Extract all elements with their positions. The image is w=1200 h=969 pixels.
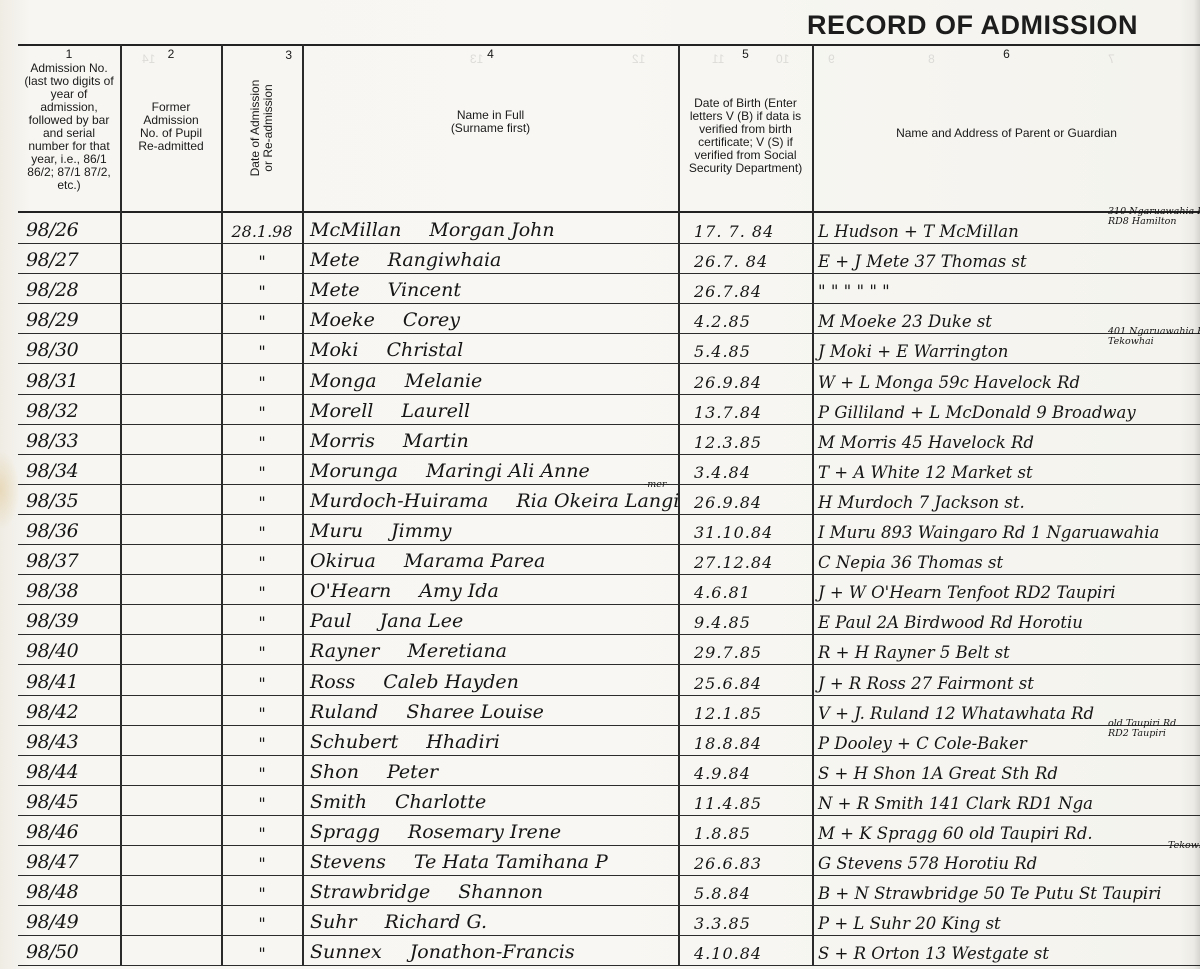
given-names: Te Hata Tamihana P	[414, 851, 608, 873]
full-name: RaynerMeretiana	[310, 634, 676, 664]
date-of-admission: "	[222, 634, 302, 664]
given-names: Vincent	[388, 279, 461, 301]
table-row: 98/2628.1.98McMillanMorgan John17. 7. 84…	[18, 213, 1200, 244]
full-name: MongaMelanie	[310, 364, 676, 394]
table-row: 98/39"PaulJana Lee9.4.85E Paul 2A Birdwo…	[18, 604, 1200, 635]
date-of-admission: "	[222, 333, 302, 363]
surname: Moki	[310, 339, 358, 361]
former-admission-number	[128, 695, 218, 725]
admission-number: 98/32	[26, 394, 120, 424]
date-of-birth: 5.8.84	[694, 875, 810, 905]
former-admission-number	[128, 574, 218, 604]
surname: Stevens	[310, 851, 386, 873]
parent-guardian: G Stevens 578 Horotiu Rd	[818, 845, 1198, 875]
given-names: Hhadiri	[426, 731, 500, 753]
date-of-birth: 4.10.84	[694, 935, 810, 965]
date-of-birth: 11.4.85	[694, 785, 810, 815]
admission-number: 98/42	[26, 695, 120, 725]
given-names: Maringi Ali Anne	[426, 460, 590, 482]
surname: Mete	[310, 279, 360, 301]
former-admission-number	[128, 845, 218, 875]
column-number: 2	[168, 48, 175, 61]
column-number: 5	[742, 48, 749, 61]
full-name: PaulJana Lee	[310, 604, 676, 634]
parent-guardian: R + H Rayner 5 Belt st	[818, 634, 1198, 664]
table-row: 98/30"MokiChristal5.4.85J Moki + E Warri…	[18, 333, 1200, 364]
full-name: MeteVincent	[310, 273, 676, 303]
full-name: MorrisMartin	[310, 424, 676, 454]
admission-number: 98/39	[26, 604, 120, 634]
column-label: Name and Address of Parent or Guardian	[896, 127, 1117, 140]
parent-guardian: S + H Shon 1A Great Sth Rd	[818, 755, 1198, 785]
former-admission-number	[128, 424, 218, 454]
full-name: SpraggRosemary Irene	[310, 815, 676, 845]
date-of-admission: "	[222, 604, 302, 634]
surname: O'Hearn	[310, 580, 391, 602]
date-of-birth: 26.9.84	[694, 484, 810, 514]
date-of-admission: "	[222, 303, 302, 333]
surname: Morell	[310, 400, 373, 422]
given-names: Jimmy	[391, 520, 451, 542]
parent-guardian: S + R Orton 13 Westgate st	[818, 935, 1198, 965]
full-name: SuhrRichard G.	[310, 905, 676, 935]
full-name: MokiChristal	[310, 333, 676, 363]
given-names: Jana Lee	[380, 610, 464, 632]
surname: Sunnex	[310, 941, 382, 963]
full-name: ShonPeter	[310, 755, 676, 785]
date-of-admission: "	[222, 935, 302, 965]
date-of-admission: "	[222, 574, 302, 604]
table-row: 98/32"MorellLaurell13.7.84P Gilliland + …	[18, 394, 1200, 425]
admission-number: 98/43	[26, 725, 120, 755]
parent-guardian: E Paul 2A Birdwood Rd Horotiu	[818, 604, 1198, 634]
former-admission-number	[128, 634, 218, 664]
given-names: Meretiana	[407, 640, 507, 662]
parent-guardian: T + A White 12 Market st	[818, 454, 1198, 484]
column-number: 1	[66, 48, 73, 61]
surname: Suhr	[310, 911, 357, 933]
full-name: SunnexJonathon-Francis	[310, 935, 676, 965]
parent-guardian: M Morris 45 Havelock Rd	[818, 424, 1198, 454]
date-of-birth: 26.9.84	[694, 364, 810, 394]
address-annotation: 310 Ngaruawahia Rd RD8 Hamilton	[1108, 207, 1200, 227]
table-row: 98/34"MorungaMaringi Ali Anne3.4.84T + A…	[18, 454, 1200, 485]
former-admission-number	[128, 303, 218, 333]
full-name: MorellLaurell	[310, 394, 676, 424]
former-admission-number	[128, 935, 218, 965]
full-name: MeteRangiwhaia	[310, 243, 676, 273]
surname: Okirua	[310, 550, 376, 572]
former-admission-number	[128, 755, 218, 785]
given-names: Jonathon-Francis	[410, 941, 575, 963]
admission-number: 98/34	[26, 454, 120, 484]
date-of-birth: 18.8.84	[694, 725, 810, 755]
date-of-birth: 25.6.84	[694, 665, 810, 695]
column-header-admission-no: 1 Admission No. (last two digits of year…	[18, 46, 120, 211]
column-header-former-admission: 2 Former Admission No. of Pupil Re-admit…	[121, 46, 221, 211]
date-of-admission: "	[222, 394, 302, 424]
table-row: 98/49"SuhrRichard G.3.3.85P + L Suhr 20 …	[18, 905, 1200, 936]
given-names: Sharee Louise	[406, 701, 544, 723]
admission-number: 98/33	[26, 424, 120, 454]
date-of-birth: 26.7. 84	[694, 243, 810, 273]
former-admission-number	[128, 213, 218, 243]
register-page: RECORD OF ADMISSION 14 13 12 11 10 9 8 7…	[0, 0, 1200, 969]
table-row: 98/40"RaynerMeretiana29.7.85R + H Rayner…	[18, 634, 1200, 665]
surname: Ross	[310, 671, 355, 693]
parent-guardian: N + R Smith 141 Clark RD1 Nga	[818, 785, 1198, 815]
name-annotation: -mer-	[644, 480, 670, 490]
column-header-date-of-birth: 5 Date of Birth (Enter letters V (B) if …	[679, 46, 812, 211]
table-row: 98/45"SmithCharlotte11.4.85N + R Smith 1…	[18, 785, 1200, 816]
surname: Moeke	[310, 309, 375, 331]
given-names: Melanie	[405, 370, 483, 392]
former-admission-number	[128, 604, 218, 634]
date-of-admission: "	[222, 424, 302, 454]
full-name: RossCaleb Hayden	[310, 665, 676, 695]
given-names: Marama Parea	[404, 550, 546, 572]
surname: Monga	[310, 370, 377, 392]
former-admission-number	[128, 364, 218, 394]
admission-number: 98/46	[26, 815, 120, 845]
surname: Rayner	[310, 640, 379, 662]
former-admission-number	[128, 273, 218, 303]
given-names: Christal	[386, 339, 463, 361]
admission-number: 98/26	[26, 213, 120, 243]
column-label: Name in Full (Surname first)	[451, 109, 530, 135]
date-of-birth: 4.9.84	[694, 755, 810, 785]
full-name: Murdoch-HuiramaRia Okeira Langi	[310, 484, 676, 514]
former-admission-number	[128, 875, 218, 905]
date-of-admission: "	[222, 273, 302, 303]
given-names: Martin	[403, 430, 469, 452]
column-label: Former Admission No. of Pupil Re-admitte…	[121, 101, 221, 153]
column-label: Date of Admission or Re-admission	[249, 80, 275, 177]
date-of-admission: "	[222, 544, 302, 574]
surname: Shon	[310, 761, 359, 783]
given-names: Morgan John	[429, 219, 554, 241]
date-of-birth: 13.7.84	[694, 394, 810, 424]
admission-number: 98/49	[26, 905, 120, 935]
table-row: 98/38"O'HearnAmy Ida4.6.81J + W O'Hearn …	[18, 574, 1200, 605]
date-of-birth: 9.4.85	[694, 604, 810, 634]
table-row: 98/27"MeteRangiwhaia26.7. 84E + J Mete 3…	[18, 243, 1200, 274]
date-of-birth: 3.3.85	[694, 905, 810, 935]
admission-number: 98/31	[26, 364, 120, 394]
given-names: Corey	[403, 309, 460, 331]
parent-guardian: J + R Ross 27 Fairmont st	[818, 665, 1198, 695]
former-admission-number	[128, 815, 218, 845]
admission-number: 98/40	[26, 634, 120, 664]
table-row: 98/44"ShonPeter4.9.84S + H Shon 1A Great…	[18, 755, 1200, 786]
paper-stain	[0, 450, 20, 530]
parent-guardian: " " " " " "	[818, 273, 1198, 303]
table-row: 98/47"StevensTe Hata Tamihana P26.6.83G …	[18, 845, 1200, 876]
parent-guardian: C Nepia 36 Thomas st	[818, 544, 1198, 574]
given-names: Amy Ida	[419, 580, 499, 602]
column-label: Date of Birth (Enter letters V (B) if da…	[679, 97, 812, 175]
given-names: Rangiwhaia	[388, 249, 502, 271]
former-admission-number	[128, 905, 218, 935]
full-name: O'HearnAmy Ida	[310, 574, 676, 604]
given-names: Peter	[387, 761, 438, 783]
table-row: 98/36"MuruJimmy31.10.84I Muru 893 Wainga…	[18, 514, 1200, 545]
date-of-birth: 12.3.85	[694, 424, 810, 454]
full-name: SmithCharlotte	[310, 785, 676, 815]
table-row: 98/33"MorrisMartin12.3.85M Morris 45 Hav…	[18, 424, 1200, 455]
date-of-birth: 4.6.81	[694, 574, 810, 604]
surname: Muru	[310, 520, 363, 542]
date-of-admission: "	[222, 695, 302, 725]
given-names: Caleb Hayden	[383, 671, 519, 693]
column-header-date-admission: 3 Date of Admission or Re-admission	[222, 46, 302, 211]
admission-number: 98/45	[26, 785, 120, 815]
full-name: StrawbridgeShannon	[310, 875, 676, 905]
date-of-birth: 4.2.85	[694, 303, 810, 333]
surname: Smith	[310, 791, 367, 813]
date-of-birth: 31.10.84	[694, 514, 810, 544]
column-header-parent-guardian: 6 Name and Address of Parent or Guardian	[813, 46, 1200, 211]
former-admission-number	[128, 514, 218, 544]
date-of-admission: "	[222, 905, 302, 935]
surname: Morris	[310, 430, 375, 452]
table-row: 98/41"RossCaleb Hayden25.6.84J + R Ross …	[18, 665, 1200, 696]
table-row: 98/50"SunnexJonathon-Francis4.10.84S + R…	[18, 935, 1200, 966]
page-title: RECORD OF ADMISSION	[807, 10, 1138, 41]
parent-guardian: W + L Monga 59c Havelock Rd	[818, 364, 1198, 394]
former-admission-number	[128, 243, 218, 273]
table-row: 98/48"StrawbridgeShannon5.8.84B + N Stra…	[18, 875, 1200, 906]
full-name: SchubertHhadiri	[310, 725, 676, 755]
table-row: 98/35"Murdoch-HuiramaRia Okeira Langi-me…	[18, 484, 1200, 515]
table-row: 98/31"MongaMelanie26.9.84W + L Monga 59c…	[18, 364, 1200, 395]
parent-guardian: H Murdoch 7 Jackson st.	[818, 484, 1198, 514]
date-of-birth: 26.7.84	[694, 273, 810, 303]
table-row: 98/37"OkiruaMarama Parea27.12.84C Nepia …	[18, 544, 1200, 575]
former-admission-number	[128, 454, 218, 484]
table-row: 98/46"SpraggRosemary Irene1.8.85M + K Sp…	[18, 815, 1200, 846]
former-admission-number	[128, 333, 218, 363]
parent-guardian: J + W O'Hearn Tenfoot RD2 Taupiri	[818, 574, 1198, 604]
full-name: OkiruaMarama Parea	[310, 544, 676, 574]
admission-number: 98/27	[26, 243, 120, 273]
full-name: MuruJimmy	[310, 514, 676, 544]
admission-register-table: 1 Admission No. (last two digits of year…	[18, 44, 1200, 966]
former-admission-number	[128, 544, 218, 574]
surname: Murdoch-Huirama	[310, 490, 488, 512]
page-edge-shadow	[1194, 0, 1200, 969]
date-of-admission: "	[222, 815, 302, 845]
date-of-admission: "	[222, 364, 302, 394]
admission-number: 98/37	[26, 544, 120, 574]
date-of-birth: 17. 7. 84	[694, 213, 810, 243]
date-of-admission: "	[222, 725, 302, 755]
date-of-birth: 5.4.85	[694, 333, 810, 363]
former-admission-number	[128, 785, 218, 815]
surname: McMillan	[310, 219, 401, 241]
date-of-birth: 3.4.84	[694, 454, 810, 484]
date-of-admission: "	[222, 755, 302, 785]
date-of-admission: "	[222, 484, 302, 514]
admission-number: 98/29	[26, 303, 120, 333]
parent-guardian: P + L Suhr 20 King st	[818, 905, 1198, 935]
column-number: 6	[1003, 48, 1010, 61]
table-row: 98/29"MoekeCorey4.2.85M Moeke 23 Duke st	[18, 303, 1200, 334]
full-name: RulandSharee Louise	[310, 695, 676, 725]
given-names: Shannon	[458, 881, 543, 903]
date-of-admission: "	[222, 243, 302, 273]
column-header-name: 4 Name in Full (Surname first)	[303, 46, 678, 211]
table-row: 98/42"RulandSharee Louise12.1.85V + J. R…	[18, 695, 1200, 726]
date-of-admission: "	[222, 875, 302, 905]
given-names: Ria Okeira Langi	[516, 490, 679, 512]
full-name: StevensTe Hata Tamihana P	[310, 845, 676, 875]
former-admission-number	[128, 394, 218, 424]
date-of-admission: "	[222, 454, 302, 484]
date-of-birth: 27.12.84	[694, 544, 810, 574]
surname: Ruland	[310, 701, 378, 723]
surname: Schubert	[310, 731, 398, 753]
full-name: MorungaMaringi Ali Anne	[310, 454, 676, 484]
admission-number: 98/38	[26, 574, 120, 604]
parent-guardian: M + K Spragg 60 old Taupiri Rd.	[818, 815, 1198, 845]
admission-number: 98/48	[26, 875, 120, 905]
admission-number: 98/30	[26, 333, 120, 363]
surname: Morunga	[310, 460, 398, 482]
former-admission-number	[128, 484, 218, 514]
given-names: Laurell	[401, 400, 470, 422]
table-row: 98/43"SchubertHhadiri18.8.84P Dooley + C…	[18, 725, 1200, 756]
column-label: Admission No. (last two digits of year o…	[18, 62, 120, 192]
date-of-admission: "	[222, 665, 302, 695]
admission-number: 98/47	[26, 845, 120, 875]
admission-number: 98/35	[26, 484, 120, 514]
date-of-birth: 1.8.85	[694, 815, 810, 845]
date-of-birth: 29.7.85	[694, 634, 810, 664]
given-names: Rosemary Irene	[408, 821, 561, 843]
address-annotation: 401 Ngaruawahia Rd Tekowhai	[1108, 327, 1200, 347]
date-of-admission: "	[222, 785, 302, 815]
table-row: 98/28"MeteVincent26.7.84" " " " " "	[18, 273, 1200, 304]
date-of-admission: "	[222, 514, 302, 544]
former-admission-number	[128, 725, 218, 755]
parent-guardian: B + N Strawbridge 50 Te Putu St Taupiri	[818, 875, 1198, 905]
admission-number: 98/41	[26, 665, 120, 695]
full-name: McMillanMorgan John	[310, 213, 676, 243]
address-annotation: old Taupiri Rd RD2 Taupiri	[1108, 719, 1176, 739]
surname: Spragg	[310, 821, 380, 843]
admission-number: 98/28	[26, 273, 120, 303]
column-number: 4	[487, 48, 494, 61]
parent-guardian: E + J Mete 37 Thomas st	[818, 243, 1198, 273]
admission-number: 98/36	[26, 514, 120, 544]
admission-number: 98/44	[26, 755, 120, 785]
column-number: 3	[285, 48, 292, 62]
date-of-birth: 12.1.85	[694, 695, 810, 725]
surname: Strawbridge	[310, 881, 430, 903]
surname: Mete	[310, 249, 360, 271]
date-of-birth: 26.6.83	[694, 845, 810, 875]
given-names: Richard G.	[385, 911, 487, 933]
admission-number: 98/50	[26, 935, 120, 965]
date-of-admission: 28.1.98	[222, 213, 302, 243]
full-name: MoekeCorey	[310, 303, 676, 333]
given-names: Charlotte	[395, 791, 486, 813]
date-of-admission: "	[222, 845, 302, 875]
parent-guardian: I Muru 893 Waingaro Rd 1 Ngaruawahia	[818, 514, 1198, 544]
parent-guardian: P Gilliland + L McDonald 9 Broadway	[818, 394, 1198, 424]
former-admission-number	[128, 665, 218, 695]
surname: Paul	[310, 610, 352, 632]
